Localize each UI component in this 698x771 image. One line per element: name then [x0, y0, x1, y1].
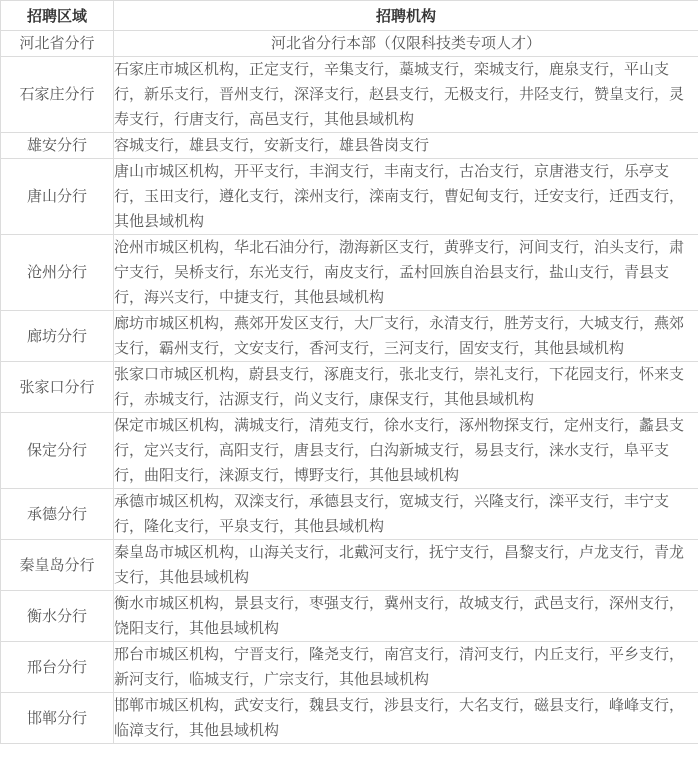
- institutions-cell: 承德市城区机构，双滦支行，承德县支行，宽城支行，兴隆支行，滦平支行，丰宁支行，隆…: [114, 489, 698, 540]
- institutions-cell: 容城支行，雄县支行，安新支行，雄县昝岗支行: [114, 133, 698, 159]
- table-row: 邯郸分行 邯郸市城区机构，武安支行，魏县支行，涉县支行，大名支行，磁县支行，峰峰…: [1, 693, 698, 744]
- table-row: 沧州分行 沧州市城区机构，华北石油分行，渤海新区支行，黄骅支行，河间支行，泊头支…: [1, 235, 698, 311]
- table-row: 衡水分行 衡水市城区机构，景县支行，枣强支行，冀州支行，故城支行，武邑支行，深州…: [1, 591, 698, 642]
- region-cell: 唐山分行: [1, 159, 114, 235]
- table-row: 廊坊分行 廊坊市城区机构，燕郊开发区支行，大厂支行，永清支行，胜芳支行，大城支行…: [1, 311, 698, 362]
- region-cell: 张家口分行: [1, 362, 114, 413]
- institutions-cell: 保定市城区机构，满城支行，清苑支行，徐水支行，涿州物探支行，定州支行，蠡县支行，…: [114, 413, 698, 489]
- table-header-row: 招聘区域 招聘机构: [1, 1, 698, 31]
- recruitment-table: 招聘区域 招聘机构 河北省分行 河北省分行本部（仅限科技类专项人才） 石家庄分行…: [0, 0, 698, 744]
- region-cell: 邯郸分行: [1, 693, 114, 744]
- table-row: 石家庄分行 石家庄市城区机构，正定支行，辛集支行，藁城支行，栾城支行，鹿泉支行，…: [1, 57, 698, 133]
- region-cell: 秦皇岛分行: [1, 540, 114, 591]
- table-row: 唐山分行 唐山市城区机构，开平支行，丰润支行，丰南支行，古冶支行，京唐港支行，乐…: [1, 159, 698, 235]
- region-cell: 沧州分行: [1, 235, 114, 311]
- table-row: 雄安分行 容城支行，雄县支行，安新支行，雄县昝岗支行: [1, 133, 698, 159]
- institutions-cell: 沧州市城区机构，华北石油分行，渤海新区支行，黄骅支行，河间支行，泊头支行，肃宁支…: [114, 235, 698, 311]
- table-row: 邢台分行 邢台市城区机构，宁晋支行，隆尧支行，南宫支行，清河支行，内丘支行，平乡…: [1, 642, 698, 693]
- region-cell: 保定分行: [1, 413, 114, 489]
- region-cell: 河北省分行: [1, 31, 114, 57]
- region-cell: 承德分行: [1, 489, 114, 540]
- institutions-cell: 张家口市城区机构，蔚县支行，涿鹿支行，张北支行，崇礼支行，下花园支行，怀来支行，…: [114, 362, 698, 413]
- institutions-cell: 邢台市城区机构，宁晋支行，隆尧支行，南宫支行，清河支行，内丘支行，平乡支行，新河…: [114, 642, 698, 693]
- institutions-cell: 秦皇岛市城区机构，山海关支行，北戴河支行，抚宁支行，昌黎支行，卢龙支行，青龙支行…: [114, 540, 698, 591]
- region-cell: 雄安分行: [1, 133, 114, 159]
- region-cell: 衡水分行: [1, 591, 114, 642]
- institutions-cell: 邯郸市城区机构，武安支行，魏县支行，涉县支行，大名支行，磁县支行，峰峰支行，临漳…: [114, 693, 698, 744]
- recruitment-table-page: 招聘区域 招聘机构 河北省分行 河北省分行本部（仅限科技类专项人才） 石家庄分行…: [0, 0, 698, 744]
- institutions-cell: 衡水市城区机构，景县支行，枣强支行，冀州支行，故城支行，武邑支行，深州支行，饶阳…: [114, 591, 698, 642]
- table-row: 秦皇岛分行 秦皇岛市城区机构，山海关支行，北戴河支行，抚宁支行，昌黎支行，卢龙支…: [1, 540, 698, 591]
- table-row: 张家口分行 张家口市城区机构，蔚县支行，涿鹿支行，张北支行，崇礼支行，下花园支行…: [1, 362, 698, 413]
- region-cell: 石家庄分行: [1, 57, 114, 133]
- table-row: 河北省分行 河北省分行本部（仅限科技类专项人才）: [1, 31, 698, 57]
- region-cell: 廊坊分行: [1, 311, 114, 362]
- region-cell: 邢台分行: [1, 642, 114, 693]
- institutions-cell: 河北省分行本部（仅限科技类专项人才）: [114, 31, 698, 57]
- table-row: 承德分行 承德市城区机构，双滦支行，承德县支行，宽城支行，兴隆支行，滦平支行，丰…: [1, 489, 698, 540]
- institutions-cell: 唐山市城区机构，开平支行，丰润支行，丰南支行，古冶支行，京唐港支行，乐亭支行，玉…: [114, 159, 698, 235]
- header-institutions: 招聘机构: [114, 1, 698, 31]
- institutions-cell: 廊坊市城区机构，燕郊开发区支行，大厂支行，永清支行，胜芳支行，大城支行，燕郊支行…: [114, 311, 698, 362]
- table-row: 保定分行 保定市城区机构，满城支行，清苑支行，徐水支行，涿州物探支行，定州支行，…: [1, 413, 698, 489]
- institutions-cell: 石家庄市城区机构，正定支行，辛集支行，藁城支行，栾城支行，鹿泉支行，平山支行，新…: [114, 57, 698, 133]
- header-region: 招聘区域: [1, 1, 114, 31]
